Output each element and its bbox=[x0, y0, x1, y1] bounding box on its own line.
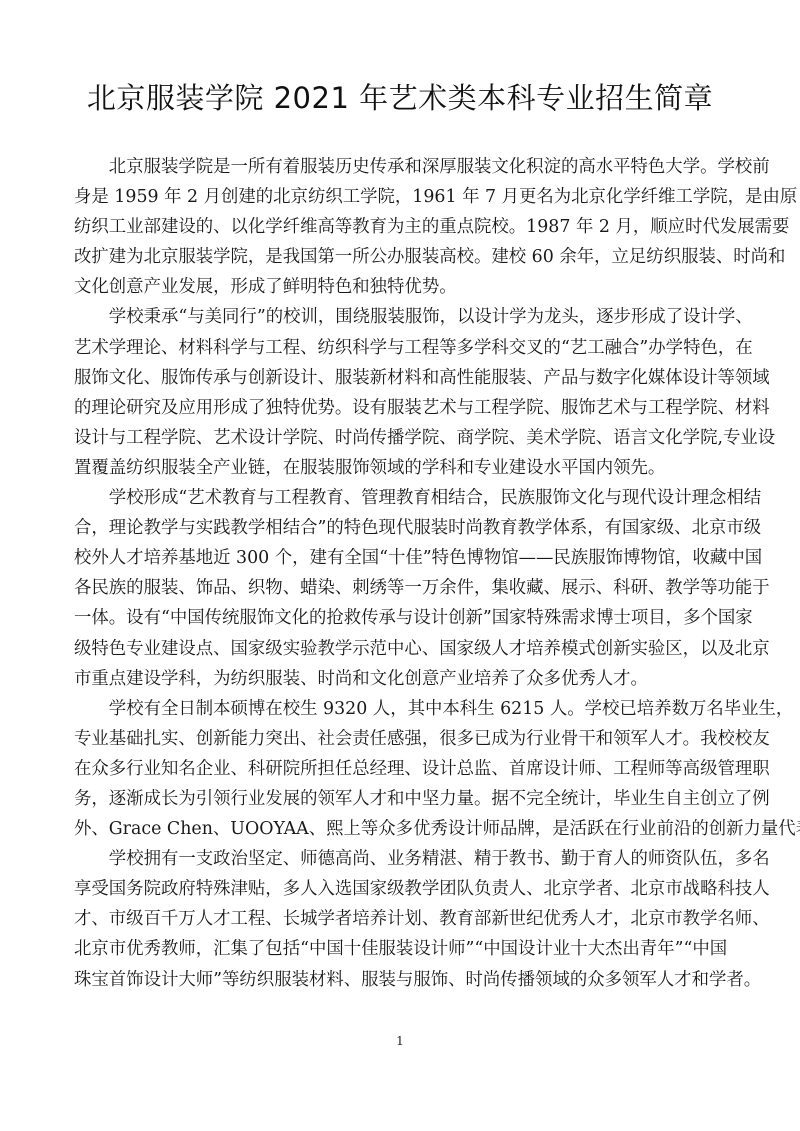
text-line: 北京市优秀教师，汇集了包括“中国十佳服装设计师”“中国设计业十大杰出青年”“中国 bbox=[74, 934, 726, 964]
text-line: 享受国务院政府特殊津贴，多人入选国家级教学团队负责人、北京学者、北京市战略科技人 bbox=[74, 874, 726, 904]
text-line: 纺织工业部建设的、以化学纤维高等教育为主的重点院校。1987 年 2 月，顺应时… bbox=[74, 212, 726, 242]
paragraph-education-system: 学校形成“艺术教育与工程教育、管理教育相结合，民族服饰文化与现代设计理念相结 合… bbox=[74, 483, 726, 694]
paragraph-motto-disciplines: 学校秉承“与美同行”的校训，围绕服装服饰，以设计学为龙头，逐步形成了设计学、 艺… bbox=[74, 302, 726, 483]
text-line: 身是 1959 年 2 月创建的北京纺织工学院，1961 年 7 月更名为北京化… bbox=[74, 182, 726, 212]
paragraph-students-alumni: 学校有全日制本硕博在校生 9320 人，其中本科生 6215 人。学校已培养数万… bbox=[74, 694, 726, 844]
text-line: 学校拥有一支政治坚定、师德高尚、业务精湛、精于教书、勤于育人的师资队伍，多名 bbox=[74, 844, 726, 874]
text-line: 学校秉承“与美同行”的校训，围绕服装服饰，以设计学为龙头，逐步形成了设计学、 bbox=[74, 302, 726, 332]
paragraph-history: 北京服装学院是一所有着服装历史传承和深厚服装文化积淀的高水平特色大学。学校前 身… bbox=[74, 152, 726, 302]
text-line: 合，理论教学与实践教学相结合”的特色现代服装时尚教育教学体系，有国家级、北京市级 bbox=[74, 513, 726, 543]
text-line: 校外人才培养基地近 300 个，建有全国“十佳”特色博物馆——民族服饰博物馆，收… bbox=[74, 543, 726, 573]
text-line: 改扩建为北京服装学院，是我国第一所公办服装高校。建校 60 余年，立足纺织服装、… bbox=[74, 242, 726, 272]
text-line: 学校有全日制本硕博在校生 9320 人，其中本科生 6215 人。学校已培养数万… bbox=[74, 694, 726, 724]
text-line: 在众多行业知名企业、科研院所担任总经理、设计总监、首席设计师、工程师等高级管理职 bbox=[74, 754, 726, 784]
text-line: 北京服装学院是一所有着服装历史传承和深厚服装文化积淀的高水平特色大学。学校前 bbox=[74, 152, 726, 182]
text-line: 学校形成“艺术教育与工程教育、管理教育相结合，民族服饰文化与现代设计理念相结 bbox=[74, 483, 726, 513]
text-line: 珠宝首饰设计大师”等纺织服装材料、服装与服饰、时尚传播领域的众多领军人才和学者。 bbox=[74, 965, 726, 995]
text-line: 置覆盖纺织服装全产业链，在服装服饰领域的学科和专业建设水平国内领先。 bbox=[74, 453, 726, 483]
document-title: 北京服装学院 2021 年艺术类本科专业招生简章 bbox=[0, 78, 800, 118]
text-line: 艺术学理论、材料科学与工程、纺织科学与工程等多学科交叉的“艺工融合”办学特色，在 bbox=[74, 333, 726, 363]
text-line: 外、Grace Chen、UOOYAA、熙上等众多优秀设计师品牌，是活跃在行业前… bbox=[74, 814, 726, 844]
text-line: 务，逐渐成长为引领行业发展的领军人才和中坚力量。据不完全统计，毕业生自主创立了例 bbox=[74, 784, 726, 814]
text-line: 市重点建设学科，为纺织服装、时尚和文化创意产业培养了众多优秀人才。 bbox=[74, 664, 726, 694]
paragraph-faculty: 学校拥有一支政治坚定、师德高尚、业务精湛、精于教书、勤于育人的师资队伍，多名 享… bbox=[74, 844, 726, 994]
text-line: 才、市级百千万人才工程、长城学者培养计划、教育部新世纪优秀人才，北京市教学名师、 bbox=[74, 904, 726, 934]
text-line: 文化创意产业发展，形成了鲜明特色和独特优势。 bbox=[74, 272, 726, 302]
document-page: 北京服装学院 2021 年艺术类本科专业招生简章 北京服装学院是一所有着服装历史… bbox=[0, 0, 800, 1131]
text-line: 的理论研究及应用形成了独特优势。设有服装艺术与工程学院、服饰艺术与工程学院、材料 bbox=[74, 393, 726, 423]
text-line: 一体。设有“中国传统服饰文化的抢救传承与设计创新”国家特殊需求博士项目，多个国家 bbox=[74, 603, 726, 633]
text-line: 设计与工程学院、艺术设计学院、时尚传播学院、商学院、美术学院、语言文化学院,专业… bbox=[74, 423, 726, 453]
text-line: 服饰文化、服饰传承与创新设计、服装新材料和高性能服装、产品与数字化媒体设计等领域 bbox=[74, 363, 726, 393]
text-line: 级特色专业建设点、国家级实验教学示范中心、国家级人才培养模式创新实验区，以及北京 bbox=[74, 634, 726, 664]
text-line: 专业基础扎实、创新能力突出、社会责任感强，很多已成为行业骨干和领军人才。我校校友 bbox=[74, 724, 726, 754]
document-body: 北京服装学院是一所有着服装历史传承和深厚服装文化积淀的高水平特色大学。学校前 身… bbox=[74, 152, 726, 995]
text-line: 各民族的服装、饰品、织物、蜡染、刺绣等一万余件，集收藏、展示、科研、教学等功能于 bbox=[74, 573, 726, 603]
page-number: 1 bbox=[0, 1034, 800, 1048]
